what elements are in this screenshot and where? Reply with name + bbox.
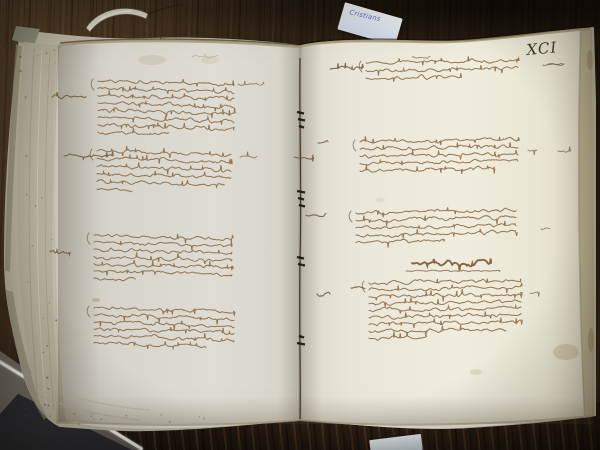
speckle xyxy=(25,96,27,98)
speckle xyxy=(26,155,28,157)
speckle xyxy=(41,197,43,199)
speckle xyxy=(78,423,80,425)
speckle xyxy=(49,415,50,416)
speckle xyxy=(22,385,24,387)
speckle xyxy=(125,415,127,417)
speckle xyxy=(91,416,93,418)
manuscript-photo: Cristians xyxy=(0,0,600,450)
speckle xyxy=(46,345,48,347)
speckle xyxy=(51,239,52,240)
stitch xyxy=(298,198,304,200)
speckle xyxy=(25,415,27,417)
speckle xyxy=(90,410,91,411)
speckle xyxy=(73,413,75,415)
speckle xyxy=(46,377,48,379)
stitch xyxy=(298,264,305,266)
speckle xyxy=(199,416,200,417)
bookmark-ribbon xyxy=(86,4,184,39)
stitch xyxy=(299,126,304,128)
speckle xyxy=(55,319,57,321)
stitch xyxy=(297,191,305,193)
folio-number: XCI xyxy=(525,38,558,59)
speckle xyxy=(43,317,44,318)
speckle xyxy=(47,388,48,389)
stitch xyxy=(299,205,305,207)
stitch xyxy=(299,336,304,338)
speckle xyxy=(169,421,171,423)
speckle xyxy=(92,413,93,414)
speckle xyxy=(46,52,48,54)
speckle xyxy=(161,414,163,416)
speckle xyxy=(49,302,50,303)
speckle xyxy=(100,418,102,420)
speckle xyxy=(32,245,33,246)
speckle xyxy=(203,418,205,420)
speckle xyxy=(37,55,38,56)
speckle xyxy=(48,404,50,406)
stitch xyxy=(297,343,305,345)
open-manuscript-book: XCI xyxy=(0,0,600,450)
speckle xyxy=(26,194,27,195)
speckle xyxy=(54,62,55,63)
ribbon-cord xyxy=(142,20,161,39)
left-page-curve-shadow xyxy=(58,45,100,422)
speckle xyxy=(35,205,37,207)
speckle xyxy=(93,418,94,419)
speckle xyxy=(30,372,31,373)
speckle xyxy=(50,251,51,252)
speckle xyxy=(19,56,21,58)
stitch xyxy=(298,119,305,121)
speckle xyxy=(19,70,21,72)
speckle xyxy=(27,281,28,282)
stitch xyxy=(297,112,304,114)
speckle xyxy=(48,388,50,390)
stitch xyxy=(297,257,304,259)
speckle xyxy=(43,352,45,354)
speckle xyxy=(54,49,56,51)
speckle xyxy=(44,403,46,405)
ribbon-cord xyxy=(148,4,184,14)
